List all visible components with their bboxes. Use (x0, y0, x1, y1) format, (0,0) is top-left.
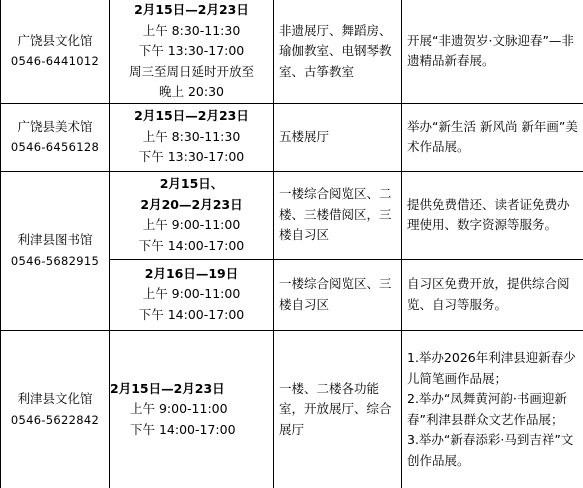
venue-phone: 0546-6441012 (1, 51, 109, 72)
venue-schedule-table: 广饶县文化馆 0546-6441012 2月15日—2月23日 上午 8:30-… (0, 0, 583, 488)
open-area-text: 一楼综合阅览区、三楼自习区 (279, 274, 399, 315)
venue-name: 利津县图书馆 (1, 230, 109, 251)
table-row: 利津县文化馆 0546-5622842 2月15日—2月23日 上午 9:00-… (1, 330, 583, 488)
opening-time-cell: 2月15日—2月23日 上午 8:30-11:30 下午 13:30-17:00… (110, 0, 274, 103)
afternoon-hours: 下午 13:30-17:00 (110, 147, 273, 168)
venue-name: 广饶县美术馆 (1, 117, 109, 138)
open-area-cell: 非遗展厅、舞蹈房、瑜伽教室、电钢琴教室、古筝教室 (274, 0, 402, 103)
open-area-cell: 一楼综合阅览区、二楼、三楼借阅区，三楼自习区 (274, 171, 402, 259)
venue-cell: 广饶县文化馆 0546-6441012 (1, 0, 110, 103)
afternoon-hours: 下午 14:00-17:00 (110, 420, 273, 441)
activity-cell: 提供免费借还、读者证免费办理使用、数字资源等服务。 (402, 171, 583, 259)
extended-hours-note: 周三至周日延时开放至 (110, 62, 273, 83)
activity-item: 1.举办2026年利津县迎新春少儿简笔画作品展； (407, 348, 581, 389)
activity-item: 3.举办“新春添彩·马到吉祥”文创作品展。 (407, 430, 581, 471)
opening-time-cell: 2月16日—19日 上午 9:00-11:00 下午 14:00-17:00 (110, 259, 274, 330)
activity-text: 自习区免费开放，提供综合阅览、自习等服务。 (407, 274, 581, 315)
morning-hours: 上午 9:00-11:00 (110, 284, 273, 305)
open-dates-range: 2月20—2月23日 (110, 195, 273, 216)
table-row: 利津县图书馆 0546-5682915 2月15日、 2月20—2月23日 上午… (1, 171, 583, 259)
activity-text: 举办“新生活 新风尚 新年画”美术作品展。 (407, 117, 581, 158)
open-area-cell: 一楼、二楼各功能室，开放展厅、综合展厅 (274, 330, 402, 488)
opening-time-cell: 2月15日—2月23日 上午 8:30-11:30 下午 13:30-17:00 (110, 103, 274, 171)
venue-cell: 利津县图书馆 0546-5682915 (1, 171, 110, 330)
afternoon-hours: 下午 13:30-17:00 (110, 41, 273, 62)
venue-cell: 利津县文化馆 0546-5622842 (1, 330, 110, 488)
opening-time-cell: 2月15日、 2月20—2月23日 上午 9:00-11:00 下午 14:00… (110, 171, 274, 259)
afternoon-hours: 下午 14:00-17:00 (110, 236, 273, 257)
open-dates: 2月15日、 (110, 174, 273, 195)
morning-hours: 上午 9:00-11:00 (110, 215, 273, 236)
morning-hours: 上午 9:00-11:00 (110, 399, 273, 420)
activity-cell: 开展“非遗贺岁·文脉迎春”—非遗精品新春展。 (402, 0, 583, 103)
open-area-text: 一楼综合阅览区、二楼、三楼借阅区，三楼自习区 (279, 184, 399, 246)
extended-hours-time: 晚上 20:30 (110, 82, 273, 103)
activity-item: 2.举办“凤舞黄河韵·书画迎新春”利津县群众文艺作品展； (407, 389, 581, 430)
open-dates: 2月15日—2月23日 (110, 106, 273, 127)
venue-phone: 0546-5622842 (1, 410, 109, 431)
table-row: 广饶县文化馆 0546-6441012 2月15日—2月23日 上午 8:30-… (1, 0, 583, 103)
open-dates: 2月15日—2月23日 (110, 0, 273, 21)
activity-cell: 自习区免费开放，提供综合阅览、自习等服务。 (402, 259, 583, 330)
venue-name: 利津县文化馆 (1, 389, 109, 410)
open-dates: 2月15日—2月23日 (110, 379, 273, 400)
activity-text: 提供免费借还、读者证免费办理使用、数字资源等服务。 (407, 195, 581, 236)
activity-cell: 1.举办2026年利津县迎新春少儿简笔画作品展； 2.举办“凤舞黄河韵·书画迎新… (402, 330, 583, 488)
open-area-text: 五楼展厅 (279, 127, 399, 148)
venue-phone: 0546-6456128 (1, 137, 109, 158)
morning-hours: 上午 8:30-11:30 (110, 127, 273, 148)
venue-name: 广饶县文化馆 (1, 31, 109, 52)
open-dates: 2月16日—19日 (110, 264, 273, 285)
activity-text: 开展“非遗贺岁·文脉迎春”—非遗精品新春展。 (407, 31, 581, 72)
afternoon-hours: 下午 14:00-17:00 (110, 305, 273, 326)
venue-cell: 广饶县美术馆 0546-6456128 (1, 103, 110, 171)
opening-time-cell: 2月15日—2月23日 上午 9:00-11:00 下午 14:00-17:00 (110, 330, 274, 488)
table-row: 广饶县美术馆 0546-6456128 2月15日—2月23日 上午 8:30-… (1, 103, 583, 171)
open-area-text: 一楼、二楼各功能室，开放展厅、综合展厅 (279, 379, 399, 441)
open-area-cell: 一楼综合阅览区、三楼自习区 (274, 259, 402, 330)
venue-phone: 0546-5682915 (1, 251, 109, 272)
open-area-cell: 五楼展厅 (274, 103, 402, 171)
morning-hours: 上午 8:30-11:30 (110, 21, 273, 42)
activity-cell: 举办“新生活 新风尚 新年画”美术作品展。 (402, 103, 583, 171)
open-area-text: 非遗展厅、舞蹈房、瑜伽教室、电钢琴教室、古筝教室 (279, 21, 399, 83)
